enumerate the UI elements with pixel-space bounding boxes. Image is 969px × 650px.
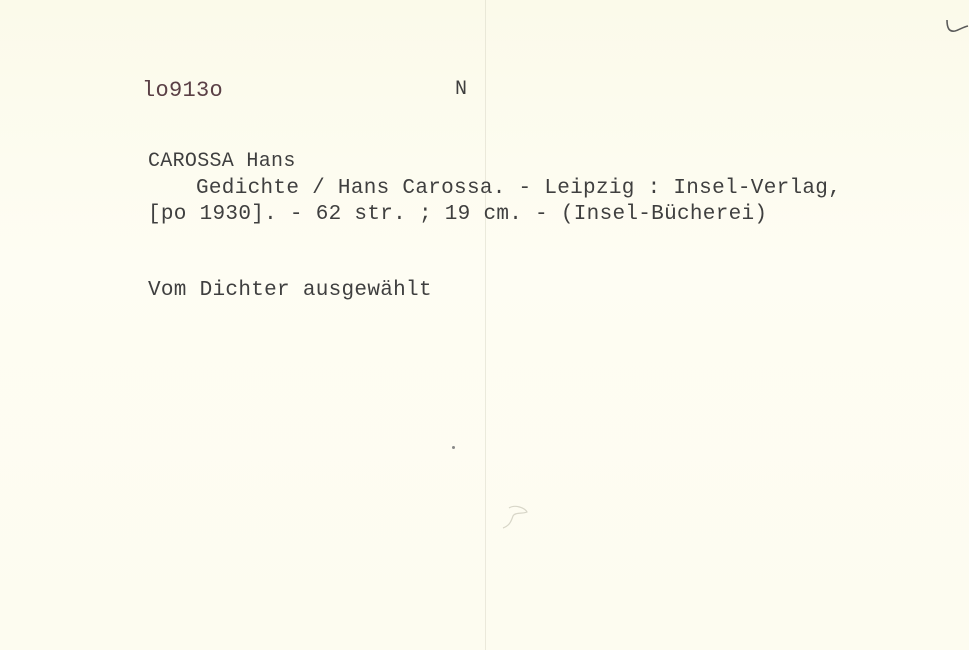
author-heading: CAROSSA Hans <box>148 150 296 173</box>
pencil-checkmark-icon <box>945 18 969 38</box>
catalog-card: lo913o N CAROSSA Hans Gedichte / Hans Ca… <box>0 0 969 650</box>
faint-scribble-mark <box>495 500 535 540</box>
card-note: Vom Dichter ausgewählt <box>148 279 432 302</box>
scan-fold-line <box>485 0 486 650</box>
location-code: N <box>455 78 467 101</box>
title-statement: Gedichte / Hans Carossa. - Leipzig : Ins… <box>196 177 841 200</box>
imprint-statement: [po 1930]. - 62 str. ; 19 cm. - (Insel-B… <box>148 203 767 226</box>
call-number: lo913o <box>142 78 223 103</box>
ink-speck <box>452 446 455 449</box>
